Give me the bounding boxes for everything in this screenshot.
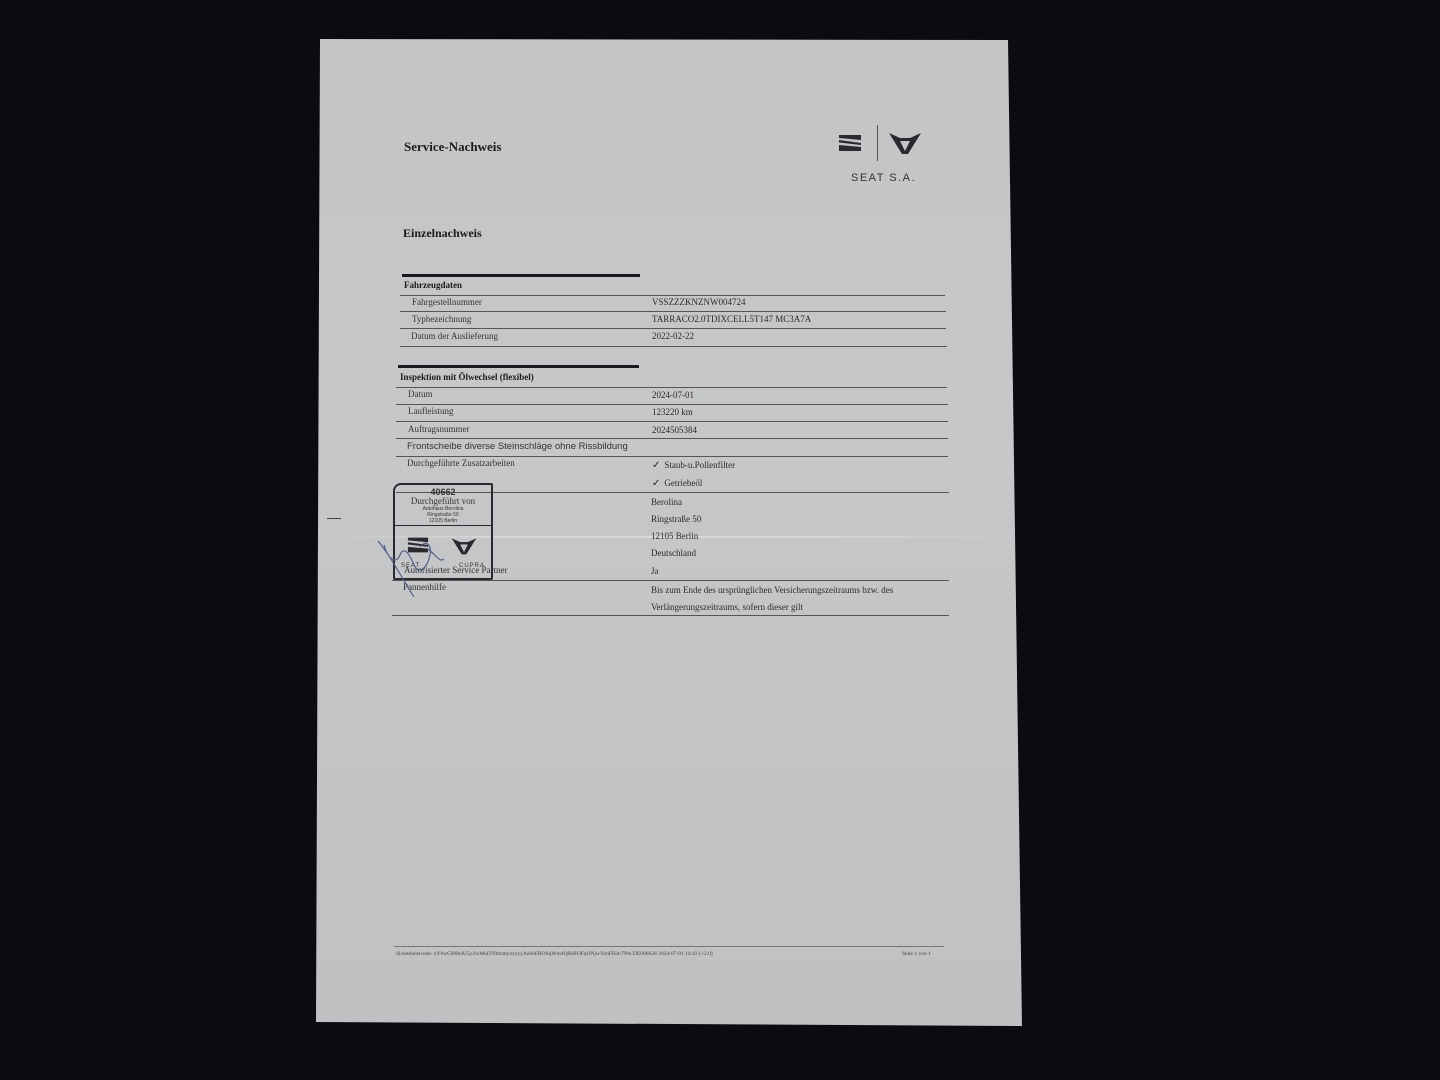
order-number-label: Auftragsnummer: [408, 424, 469, 434]
stamp-title: Durchgeführt von: [395, 496, 491, 506]
company-name: SEAT S.A.: [851, 172, 916, 184]
vin-label: Fahrgestellnummer: [412, 297, 482, 307]
fold-mark: [327, 518, 341, 519]
cupra-logo-icon: [888, 130, 922, 156]
row-divider: [396, 387, 947, 388]
extra-work-label: Durchgeführte Zusatzarbeiten: [407, 458, 515, 468]
authorized-partner-value: Ja: [651, 566, 659, 576]
checkmark-icon: ✓: [652, 478, 660, 489]
row-divider: [396, 421, 948, 422]
performed-by-line: Ringstraße 50: [651, 514, 701, 524]
delivery-date-value: 2022-02-22: [652, 331, 694, 341]
seat-logo-icon: [838, 133, 862, 153]
extra-work-item-text: Getriebeöl: [664, 478, 702, 488]
row-divider: [400, 311, 946, 312]
performed-by-line: 12105 Berlin: [651, 531, 698, 541]
vin-value: VSSZZZKNZNW004724: [652, 297, 746, 307]
extra-work-item: ✓Staub-u.Pollenfilter: [652, 460, 735, 471]
row-divider: [396, 404, 948, 405]
inspection-note: Frontscheibe diverse Steinschläge ohne R…: [407, 441, 628, 452]
mileage-label: Laufleistung: [408, 406, 454, 416]
security-code: Sicherheitscode: uYbwGB6b4U5y2wMuiTNbtzm…: [396, 951, 713, 957]
row-divider: [396, 456, 948, 457]
row-divider: [396, 438, 948, 439]
stamp-address-line: 12105 Berlin: [395, 518, 491, 524]
type-value: TARRACO2.0TDIXCELL5T147 MC3A7A: [652, 314, 811, 324]
type-label: Typbezeichnung: [412, 314, 471, 324]
signature: [370, 525, 490, 605]
document-subtitle: Einzelnachweis: [403, 226, 482, 241]
checkmark-icon: ✓: [652, 460, 660, 471]
extra-work-item-text: Staub-u.Pollenfilter: [664, 460, 735, 470]
extra-work-item: ✓Getriebeöl: [652, 478, 702, 489]
inspection-date-label: Datum: [408, 389, 433, 399]
breakdown-line: Bis zum Ende des ursprünglichen Versiche…: [651, 585, 893, 595]
vehicle-section-heading: Fahrzeugdaten: [404, 280, 462, 290]
row-divider: [400, 328, 946, 329]
section-rule: [398, 365, 639, 368]
breakdown-line: Verlängerungszeitraums, sofern dieser gi…: [651, 602, 803, 612]
section-rule: [402, 274, 640, 277]
stamp-address: Autohaus Berolina Ringstraße 50 12105 Be…: [395, 506, 491, 524]
mileage-value: 123220 km: [652, 407, 693, 417]
performed-by-line: Berolina: [651, 497, 682, 507]
page-number: Seite 1 von 1: [902, 951, 931, 957]
performed-by-line: Deutschland: [651, 548, 696, 558]
logo-divider: [877, 125, 878, 161]
document-title: Service-Nachweis: [404, 139, 501, 155]
delivery-date-label: Datum der Auslieferung: [411, 331, 498, 341]
row-divider: [400, 346, 947, 347]
inspection-section-heading: Inspektion mit Ölwechsel (flexibel): [400, 372, 534, 382]
row-divider: [392, 615, 949, 616]
footer-divider: [394, 946, 944, 947]
inspection-date-value: 2024-07-01: [652, 390, 694, 400]
order-number-value: 2024505384: [652, 425, 697, 435]
paper-sheet: [0, 0, 1440, 1080]
row-divider: [400, 295, 945, 296]
